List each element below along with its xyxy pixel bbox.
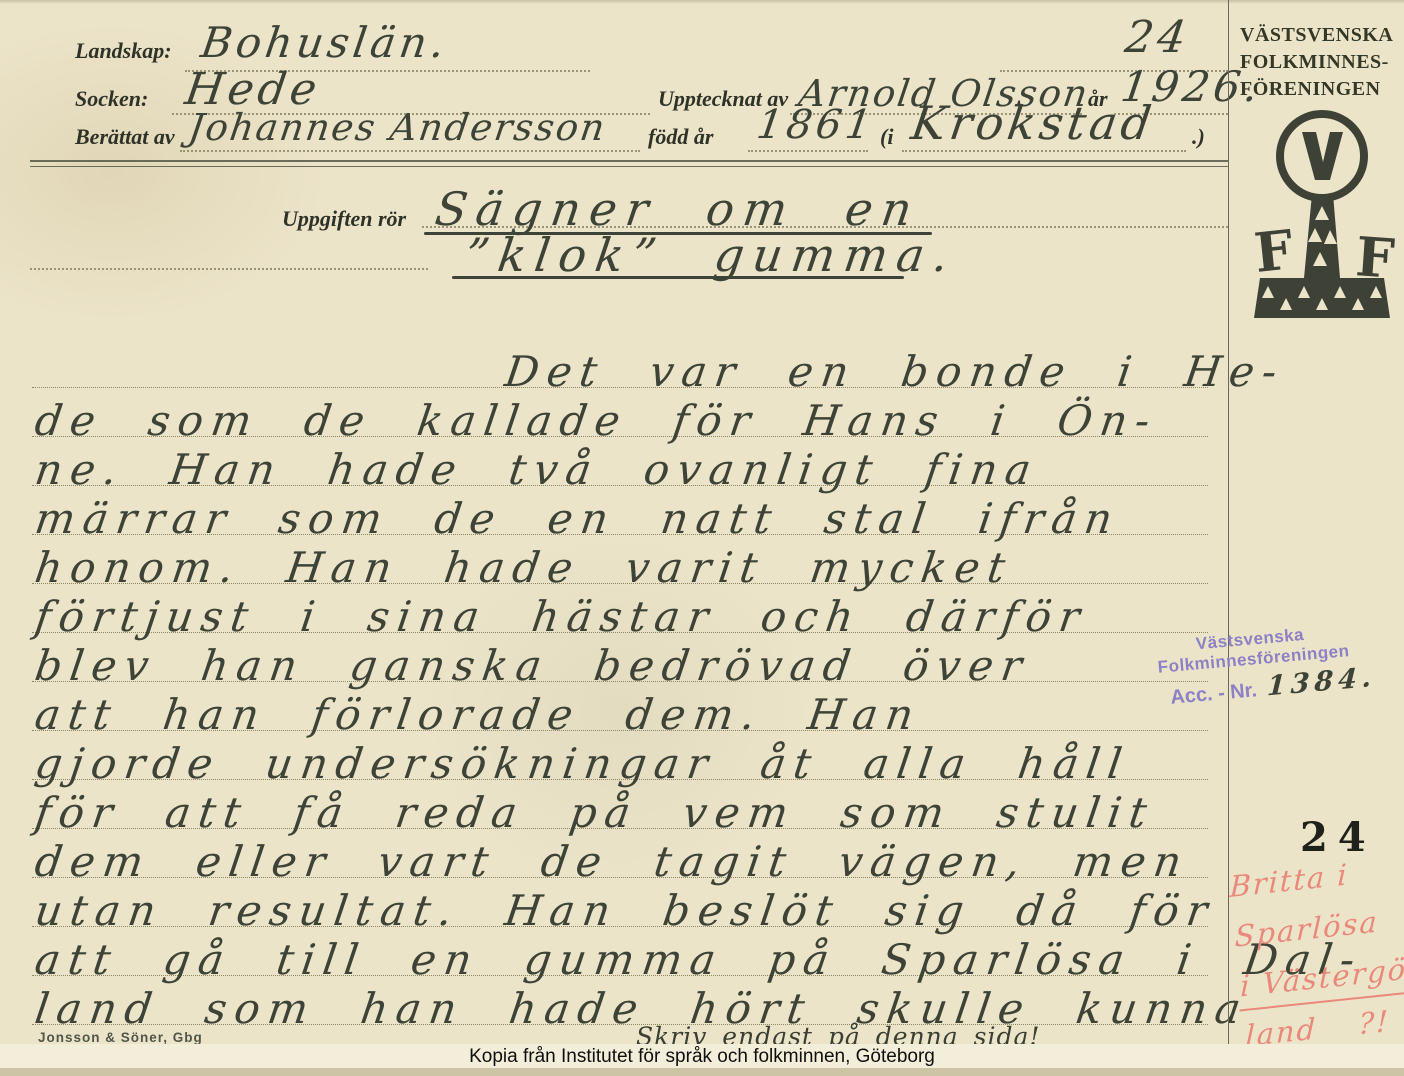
top-number-handwriting: 24 (1122, 12, 1193, 63)
subject-underline-2 (452, 276, 904, 279)
body-line: Det var en bonde i He- (32, 339, 1208, 388)
landskap-value-handwriting: Bohuslän. (198, 18, 452, 67)
birthplace-open-label: (i (880, 124, 893, 150)
body-line: gjorde undersökningar åt alla håll (32, 731, 1208, 780)
acc-number-handwriting: 1384. (1266, 662, 1377, 703)
socken-label: Socken: (75, 86, 148, 112)
handwritten-body: Det var en bonde i He- de som de kallade… (32, 339, 1208, 1025)
scanned-folklore-record-card: Landskap: Bohuslän. 24 Socken: Hede Uppt… (0, 0, 1404, 1076)
red-pencil-note: Britta i Sparlösa i Västergöt land ?! (1224, 848, 1404, 1061)
org-line: VÄSTSVENSKA (1240, 22, 1404, 49)
body-line: de som de kallade för Hans i Ön- (32, 388, 1208, 437)
body-line: att gå till en gumma på Sparlösa i Dal- (32, 927, 1208, 976)
red-note-marks: ?! (1358, 999, 1391, 1048)
org-line: FOLKMINNES- (1240, 49, 1404, 76)
birthplace-value-handwriting: Krokstad (908, 96, 1158, 150)
subject-line2-handwriting: ”klok” gumma. (462, 228, 961, 282)
body-line: blev han ganska bedrövad över (32, 633, 1208, 682)
svg-text:F: F (1251, 217, 1296, 285)
organization-name: VÄSTSVENSKA FOLKMINNES- FÖRENINGEN (1240, 22, 1404, 103)
body-line: honom. Han hade varit mycket (32, 535, 1208, 584)
body-line: för att få reda på vem som stulit (32, 780, 1208, 829)
born-dotted-line (748, 150, 868, 152)
body-line: märrar som de en natt stal ifrån (32, 486, 1208, 535)
birthplace-close-label: .) (1192, 124, 1205, 150)
berattat-value-handwriting: Johannes Andersson (186, 106, 609, 149)
born-label: född år (648, 124, 713, 150)
printer-mark: Jonsson & Söner, Gbg (38, 1030, 203, 1045)
svg-text:F: F (1354, 224, 1397, 291)
body-line: ne. Han hade två ovanligt fina (32, 437, 1208, 486)
body-line: förtjust i sina hästar och därför (32, 584, 1208, 633)
berattat-label: Berättat av (75, 124, 175, 150)
body-line: dem eller vart de tagit vägen, men (32, 829, 1208, 878)
subject-label: Uppgiften rör (282, 206, 406, 232)
thors-hammer-vff-logo-icon: F F (1246, 106, 1398, 332)
landskap-label: Landskap: (75, 38, 172, 64)
subject-dotted-line-2 (30, 268, 428, 270)
berattat-dotted-line (180, 150, 640, 152)
org-line: FÖRENINGEN (1240, 76, 1404, 103)
birthplace-dotted-line (902, 150, 1186, 152)
body-line: att han förlorade dem. Han (32, 682, 1208, 731)
header-double-rule (30, 160, 1228, 167)
red-note-line: Britta i (1229, 852, 1349, 910)
body-line: utan resultat. Han beslöt sig då för (32, 878, 1208, 927)
body-line: land som han hade hört skulle kunna (32, 976, 1208, 1025)
born-value-handwriting: 1861 (754, 102, 878, 148)
archive-caption: Kopia från Institutet för språk och folk… (0, 1046, 1404, 1068)
scan-bottom-edge (0, 1068, 1404, 1076)
stamp-acc-label: Acc. - Nr. (1170, 679, 1258, 709)
